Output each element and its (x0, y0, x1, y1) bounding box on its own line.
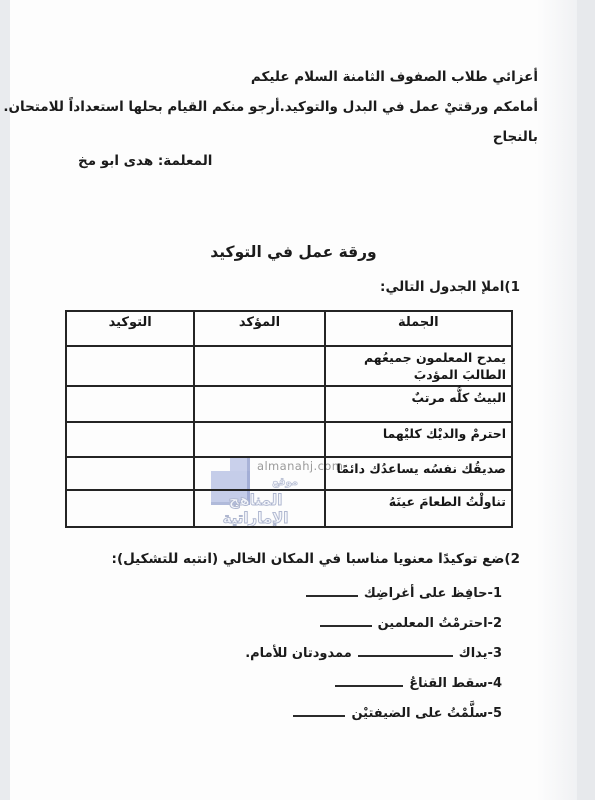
exercise-item-2: 2-احترمْتُ المعلمين (245, 613, 502, 643)
scan-edge-right (577, 0, 595, 800)
item-text: 3-يداك (459, 646, 502, 661)
sentence-cell: احترمْ والديْك كليْهما (325, 422, 512, 457)
intro-line-2: أمامكم ورقتيْ عمل في البدل والتوكيد.أرجو… (3, 92, 538, 122)
intro-paragraph: أعزائي طلاب الصفوف الثامنة السلام عليكم … (3, 62, 538, 152)
item-text: 2-احترمْتُ المعلمين (378, 616, 502, 631)
emphasis-cell-empty (66, 346, 194, 386)
sentence-cell: يمدح المعلمون جميعُهم الطالبَ المؤدبَ (325, 346, 512, 386)
emphasis-cell-empty (66, 386, 194, 422)
sentence-cell: صديقُك نفسُه يساعدُك دائمًا (325, 457, 512, 490)
exercise-item-4: 4-سقط القناعُ (245, 673, 502, 703)
emphasized-cell-empty (194, 346, 324, 386)
section1-heading: 1)املإ الجدول التالي: (380, 279, 520, 295)
section2-heading: 2)ضع توكيدًا معنويا مناسبا في المكان الخ… (112, 551, 520, 567)
exercise-item-1: 1-حافِظ على أغراضِك (245, 583, 502, 613)
emphasized-cell-empty (194, 422, 324, 457)
emphasized-cell-empty (194, 386, 324, 422)
table-header-emphasized: المؤكد (194, 311, 324, 346)
table-row: احترمْ والديْك كليْهما (66, 422, 512, 457)
sentence-cell: البيتُ كلُّه مرتبٌ (325, 386, 512, 422)
blank-line (358, 643, 453, 657)
table-row: تناولْتُ الطعامَ عينَهُ (66, 490, 512, 527)
table-header-emphasis: التوكيد (66, 311, 194, 346)
emphasized-cell-empty (194, 490, 324, 527)
intro-line-3: بالنجاح (3, 122, 538, 152)
table-header-sentence: الجملة (325, 311, 512, 346)
emphasis-cell-empty (66, 422, 194, 457)
emphasis-cell-empty (66, 457, 194, 490)
table-row: يمدح المعلمون جميعُهم الطالبَ المؤدبَ (66, 346, 512, 386)
blank-line (306, 583, 358, 597)
teacher-name: المعلمة: هدى ابو مخ (78, 153, 212, 169)
blank-line (320, 613, 372, 627)
item-text-after: ممدودتان للأمام. (245, 646, 352, 661)
emphasis-cell-empty (66, 490, 194, 527)
item-text: 4-سقط القناعُ (409, 676, 502, 691)
blank-line (293, 703, 345, 717)
intro-line-1: أعزائي طلاب الصفوف الثامنة السلام عليكم (3, 62, 538, 92)
emphasis-table: الجملة المؤكد التوكيد يمدح المعلمون جميع… (65, 310, 513, 528)
emphasized-cell-empty (194, 457, 324, 490)
scanned-worksheet-page: أعزائي طلاب الصفوف الثامنة السلام عليكم … (0, 0, 595, 800)
exercise-item-3: 3-يداكممدودتان للأمام. (245, 643, 502, 673)
exercise-2-items: 1-حافِظ على أغراضِك 2-احترمْتُ المعلمين … (245, 583, 502, 733)
blank-line (335, 673, 403, 687)
worksheet-title: ورقة عمل في التوكيد (10, 243, 577, 261)
item-text: 1-حافِظ على أغراضِك (364, 586, 502, 601)
table-row: صديقُك نفسُه يساعدُك دائمًا (66, 457, 512, 490)
item-text: 5-سلَّمْتُ على الضيفتيْن (351, 706, 502, 721)
table-row: البيتُ كلُّه مرتبٌ (66, 386, 512, 422)
exercise-item-5: 5-سلَّمْتُ على الضيفتيْن (245, 703, 502, 733)
sentence-cell: تناولْتُ الطعامَ عينَهُ (325, 490, 512, 527)
